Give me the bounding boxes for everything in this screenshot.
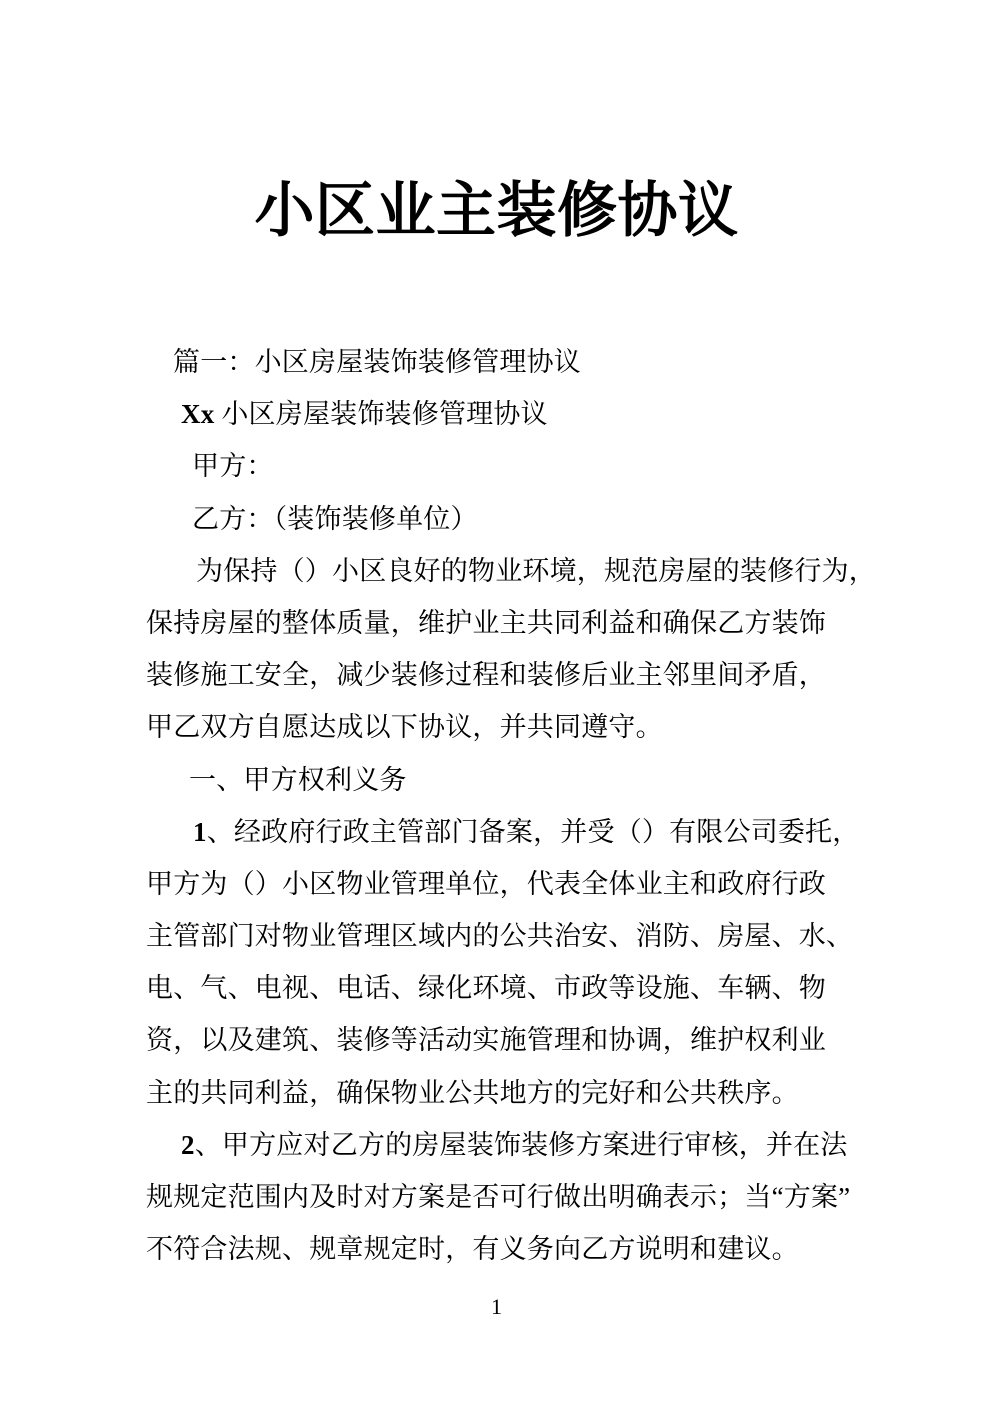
bold-prefix: 2 bbox=[181, 1130, 195, 1160]
page-number: 1 bbox=[0, 1292, 993, 1322]
text-line: 装修施工安全，减少装修过程和装修后业主邻里间矛盾， bbox=[146, 649, 876, 701]
text-line: 1、经政府行政主管部门备案，并受（）有限公司委托， bbox=[146, 806, 876, 858]
bold-prefix: Xx bbox=[181, 399, 214, 429]
text-line: 资，以及建筑、装修等活动实施管理和协调，维护权利业 bbox=[146, 1014, 876, 1066]
paragraph-section-1-heading: 一、甲方权利义务 bbox=[146, 754, 876, 806]
paragraph-party-b: 乙方：（装饰装修单位） bbox=[146, 493, 876, 545]
paragraph-preamble: 为保持（）小区良好的物业环境，规范房屋的装修行为，保持房屋的整体质量，维护业主共… bbox=[146, 545, 876, 754]
text-line: 为保持（）小区良好的物业环境，规范房屋的装修行为， bbox=[146, 545, 876, 597]
paragraph-section-label: 篇一：小区房屋装饰装修管理协议 bbox=[146, 336, 876, 388]
bold-prefix: 1 bbox=[193, 817, 207, 847]
text-line: Xx 小区房屋装饰装修管理协议 bbox=[146, 388, 876, 440]
text-line: 甲方： bbox=[146, 440, 876, 492]
text-line: 规规定范围内及时对方案是否可行做出明确表示；当“方案” bbox=[146, 1171, 876, 1223]
text-line: 电、气、电视、电话、绿化环境、市政等设施、车辆、物 bbox=[146, 962, 876, 1014]
text-line: 不符合法规、规章规定时，有义务向乙方说明和建议。 bbox=[146, 1223, 876, 1275]
text-line: 篇一：小区房屋装饰装修管理协议 bbox=[146, 336, 876, 388]
paragraph-clause-1: 1、经政府行政主管部门备案，并受（）有限公司委托，甲方为（）小区物业管理单位，代… bbox=[146, 806, 876, 1119]
text-line: 2、甲方应对乙方的房屋装饰装修方案进行审核，并在法 bbox=[146, 1119, 876, 1171]
text-line: 一、甲方权利义务 bbox=[146, 754, 876, 806]
text-line: 乙方：（装饰装修单位） bbox=[146, 493, 876, 545]
document-page: 小区业主装修协议 篇一：小区房屋装饰装修管理协议Xx 小区房屋装饰装修管理协议甲… bbox=[0, 0, 993, 1404]
paragraph-subtitle: Xx 小区房屋装饰装修管理协议 bbox=[146, 388, 876, 440]
text-line: 甲方为（）小区物业管理单位，代表全体业主和政府行政 bbox=[146, 858, 876, 910]
text-line: 保持房屋的整体质量，维护业主共同利益和确保乙方装饰 bbox=[146, 597, 876, 649]
paragraph-party-a: 甲方： bbox=[146, 440, 876, 492]
text-line: 主的共同利益，确保物业公共地方的完好和公共秩序。 bbox=[146, 1067, 876, 1119]
document-body: 篇一：小区房屋装饰装修管理协议Xx 小区房屋装饰装修管理协议甲方：乙方：（装饰装… bbox=[146, 336, 876, 1275]
paragraph-clause-2: 2、甲方应对乙方的房屋装饰装修方案进行审核，并在法规规定范围内及时对方案是否可行… bbox=[146, 1119, 876, 1276]
text-line: 甲乙双方自愿达成以下协议，并共同遵守。 bbox=[146, 701, 876, 753]
document-title: 小区业主装修协议 bbox=[0, 161, 993, 261]
text-line: 主管部门对物业管理区域内的公共治安、消防、房屋、水、 bbox=[146, 910, 876, 962]
